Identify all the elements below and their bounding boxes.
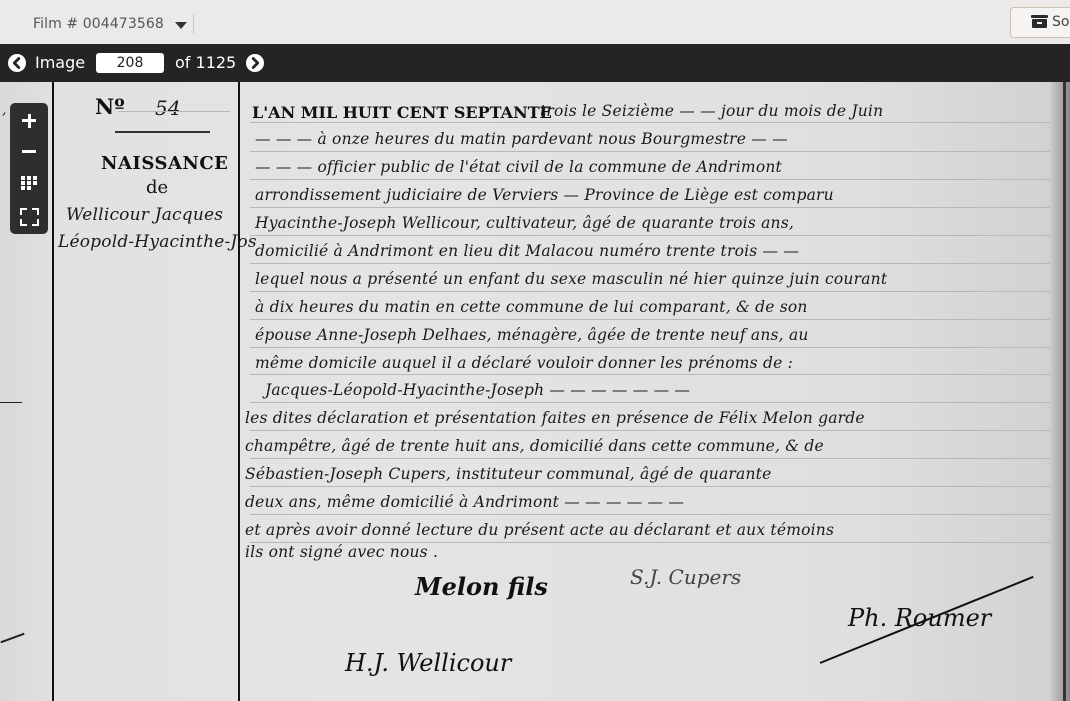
record-line: Sébastien-Joseph Cupers, instituteur com… bbox=[245, 465, 771, 483]
record-line: ils ont signé avec nous . bbox=[245, 543, 438, 561]
signature-witness2: S.J. Cupers bbox=[630, 565, 741, 589]
rule bbox=[250, 179, 1050, 180]
fullscreen-button[interactable] bbox=[10, 200, 48, 230]
image-number-input[interactable] bbox=[96, 53, 164, 73]
rule bbox=[250, 151, 1050, 152]
next-image-button[interactable] bbox=[246, 54, 264, 72]
zoom-out-button[interactable] bbox=[10, 136, 48, 166]
image-navigator: Image of 1125 bbox=[0, 44, 1070, 82]
rule bbox=[250, 430, 1050, 431]
record-line: et après avoir donné lecture du présent … bbox=[245, 521, 834, 539]
rule bbox=[250, 486, 1050, 487]
record-line: même domicile auquel il a déclaré vouloi… bbox=[255, 354, 793, 372]
record-line: domicilié à Andrimont en lieu dit Malaco… bbox=[255, 242, 799, 260]
column-divider-line bbox=[238, 82, 240, 701]
minus-icon bbox=[22, 150, 36, 153]
record-line: trois le Seizième — — jour du mois de Ju… bbox=[540, 102, 883, 120]
record-image-viewer[interactable]: , Nº 54 NAISSANCE de Wellicour Jacques L… bbox=[0, 82, 1070, 701]
source-button[interactable]: So bbox=[1010, 7, 1070, 38]
record-line: — — — officier public de l'état civil de… bbox=[255, 158, 782, 176]
zoom-in-button[interactable] bbox=[10, 105, 48, 135]
film-number-label[interactable]: Film # 004473568 bbox=[33, 16, 164, 32]
record-type-heading: NAISSANCE bbox=[101, 153, 228, 174]
record-line: épouse Anne-Joseph Delhaes, ménagère, âg… bbox=[255, 326, 809, 344]
record-line: champêtre, âgé de trente huit ans, domic… bbox=[245, 437, 824, 455]
rule bbox=[118, 111, 230, 112]
image-total-label: of 1125 bbox=[175, 53, 236, 72]
page-border-line bbox=[52, 82, 54, 701]
record-line: à dix heures du matin en cette commune d… bbox=[255, 298, 808, 316]
divider bbox=[193, 14, 194, 34]
record-number-value: 54 bbox=[155, 96, 181, 120]
rule bbox=[250, 122, 1050, 123]
source-button-label: So bbox=[1052, 14, 1069, 30]
prev-page-fragment: , bbox=[2, 102, 7, 118]
chevron-right-circle-icon bbox=[246, 54, 264, 72]
rule bbox=[250, 291, 1050, 292]
record-line: Jacques-Léopold-Hyacinthe-Joseph — — — —… bbox=[265, 381, 690, 399]
chevron-down-icon[interactable] bbox=[175, 22, 187, 29]
rule bbox=[250, 347, 1050, 348]
record-line: lequel nous a présenté un enfant du sexe… bbox=[255, 270, 887, 288]
signature-officer: Ph. Roumer bbox=[848, 604, 991, 632]
record-line: deux ans, même domicilié à Andrimont — —… bbox=[245, 493, 684, 511]
margin-name-line1: Wellicour Jacques bbox=[66, 205, 223, 225]
zoom-controls bbox=[10, 103, 48, 234]
prev-page-fragment bbox=[0, 633, 24, 643]
record-line: les dites déclaration et présentation fa… bbox=[245, 409, 865, 427]
rule bbox=[250, 263, 1050, 264]
prev-page-fragment bbox=[0, 402, 22, 403]
chevron-left-circle-icon bbox=[8, 54, 26, 72]
record-number-label: Nº bbox=[95, 94, 125, 119]
rule bbox=[250, 458, 1050, 459]
signature-declarant: H.J. Wellicour bbox=[345, 649, 511, 677]
margin-name-line2: Léopold-Hyacinthe-Jos bbox=[58, 232, 257, 252]
rule bbox=[250, 374, 1050, 375]
image-label: Image bbox=[35, 53, 85, 72]
rule bbox=[250, 207, 1050, 208]
rule bbox=[250, 514, 1050, 515]
page-edge bbox=[1063, 82, 1066, 701]
signature-witness1: Melon fils bbox=[415, 572, 548, 601]
rule bbox=[115, 131, 210, 133]
rule bbox=[250, 402, 1050, 403]
previous-image-button[interactable] bbox=[8, 54, 26, 72]
archive-box-icon bbox=[1032, 19, 1047, 28]
printed-year-heading: L'AN MIL HUIT CENT SEPTANTE bbox=[252, 103, 552, 122]
top-header: Film # 004473568 So bbox=[0, 0, 1070, 44]
rule bbox=[250, 319, 1050, 320]
record-line: — — — à onze heures du matin pardevant n… bbox=[255, 130, 788, 148]
record-line: arrondissement judiciaire de Verviers — … bbox=[255, 186, 834, 204]
record-line: Hyacinthe-Joseph Wellicour, cultivateur,… bbox=[255, 214, 794, 232]
grid-icon bbox=[21, 176, 37, 190]
rule bbox=[250, 235, 1050, 236]
gallery-view-button[interactable] bbox=[10, 167, 48, 197]
record-type-de: de bbox=[146, 177, 168, 198]
